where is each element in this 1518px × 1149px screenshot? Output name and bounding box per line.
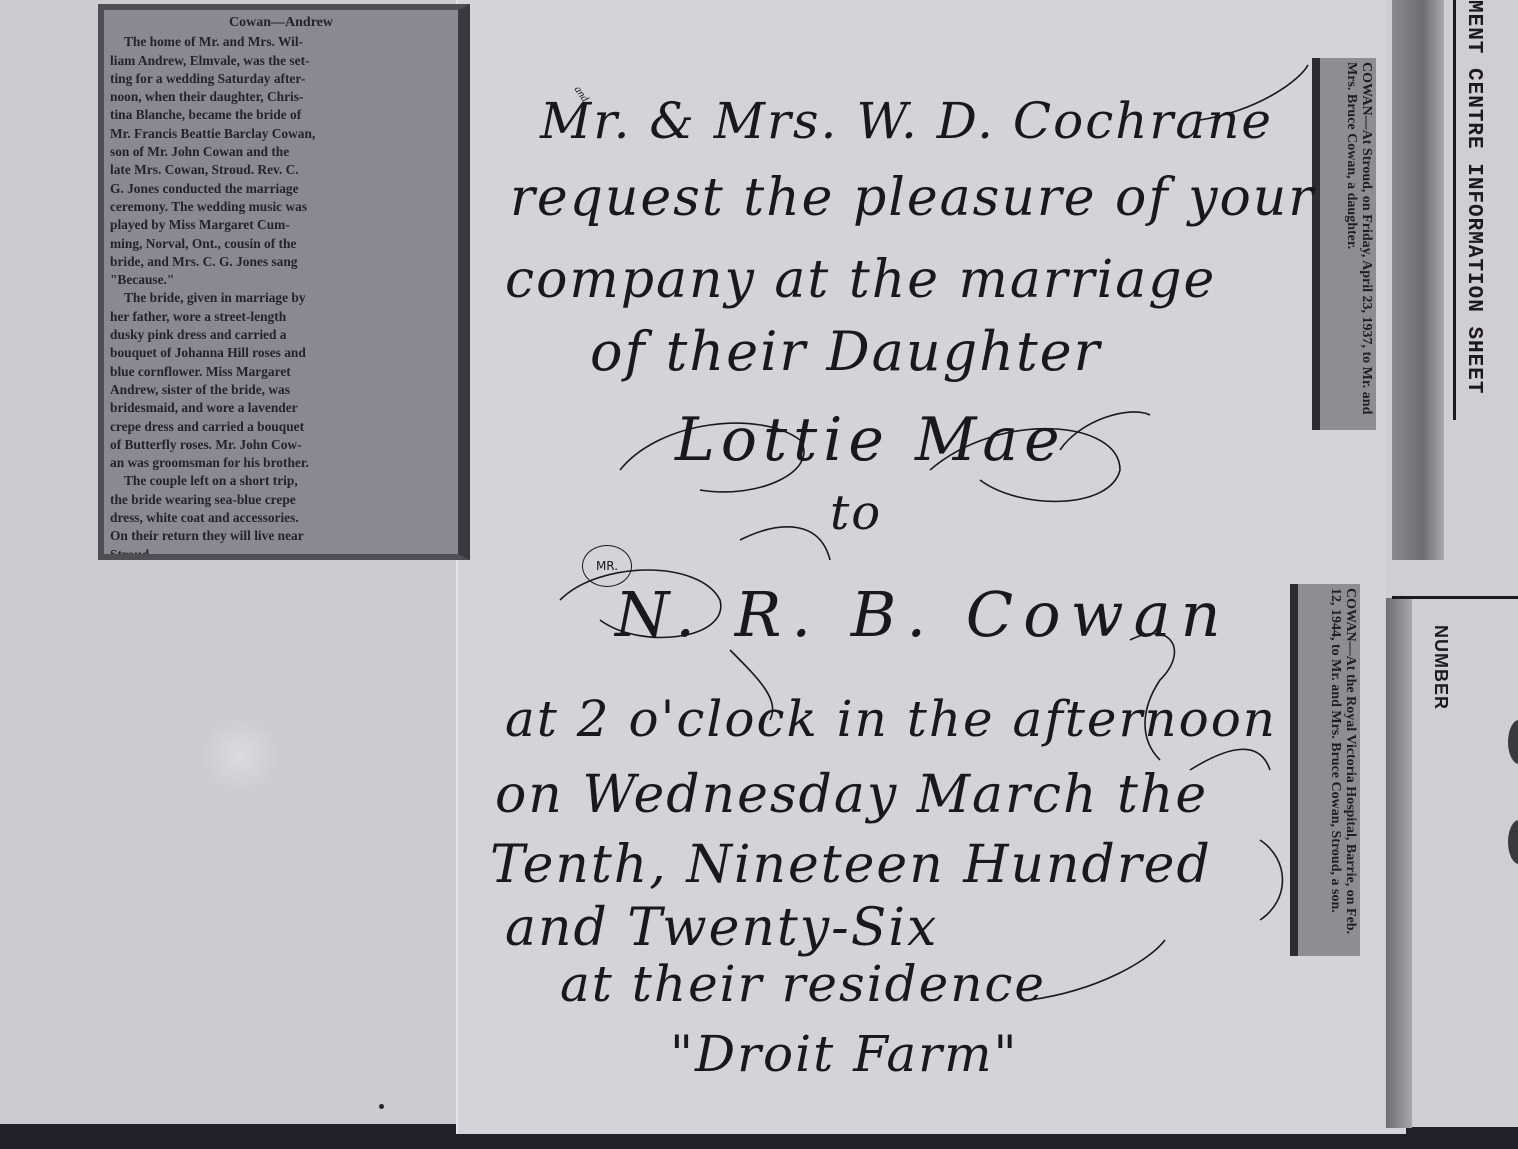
clipping-line: blue cornflower. Miss Margaret <box>110 363 452 381</box>
clipping-headline: Cowan—Andrew <box>110 14 452 32</box>
invitation-time: at 2 o'clock in the afternoon <box>505 690 1277 748</box>
clipping-line: ming, Norval, Ont., cousin of the <box>110 235 452 253</box>
invitation-line: company at the marriage <box>505 250 1216 310</box>
invitation-date: Tenth, Nineteen Hundred <box>490 835 1212 895</box>
section-divider-rule <box>1392 596 1518 599</box>
clipping-line: The home of Mr. and Mrs. Wil- <box>110 33 452 51</box>
invitation-groom-name: N. R. B. Cowan <box>615 578 1231 651</box>
wedding-news-clipping: Cowan—Andrew The home of Mr. and Mrs. Wi… <box>98 4 470 560</box>
clipping-line: crepe dress and carried a bouquet <box>110 418 452 436</box>
invitation-hosts: Mr. & Mrs. W. D. Cochrane <box>540 92 1273 150</box>
clipping-line: Stroud. <box>110 546 452 560</box>
sheet-shadow-lower <box>1386 598 1412 1128</box>
clipping-line: dress, white coat and accessories. <box>110 509 452 527</box>
clipping-line: her father, wore a street-length <box>110 308 452 326</box>
invitation-venue: at their residence <box>560 955 1046 1013</box>
clipping-line: Mr. Francis Beattie Barclay Cowan, <box>110 125 452 143</box>
clipping-line: late Mrs. Cowan, Stroud. Rev. C. <box>110 161 452 179</box>
clipping-line: an was groomsman for his brother. <box>110 454 452 472</box>
invitation-bride-name: Lottie Mae <box>675 405 1066 475</box>
invitation-line: of their Daughter <box>590 320 1101 383</box>
invitation-line: to <box>830 485 882 541</box>
sheet-shadow <box>1392 0 1444 560</box>
clipping-line: of Butterfly roses. Mr. John Cow- <box>110 436 452 454</box>
clipping-line: bridesmaid, and wore a lavender <box>110 399 452 417</box>
invitation-line: request the pleasure of your <box>510 168 1315 228</box>
title-underline-rule <box>1453 0 1456 420</box>
birth-notice-clipping-1944: COWAN—At the Royal Victoria Hospital, Ba… <box>1290 584 1360 956</box>
clipping-line: "Because." <box>110 271 452 289</box>
clipping-line: the bride wearing sea-blue crepe <box>110 491 452 509</box>
clipping-line: ceremony. The wedding music was <box>110 198 452 216</box>
clipping-line: G. Jones conducted the marriage <box>110 180 452 198</box>
clipping-line: The couple left on a short trip, <box>110 472 452 490</box>
clipping-line: noon, when their daughter, Chris- <box>110 88 452 106</box>
birth-notice-clipping-1937: COWAN—At Stroud, on Friday, April 23, 19… <box>1312 58 1376 430</box>
clipping-line: The bride, given in marriage by <box>110 289 452 307</box>
clipping-body: The home of Mr. and Mrs. Wil- liam Andre… <box>110 33 452 560</box>
ink-dot <box>379 1104 384 1109</box>
embossed-seal-mark <box>200 715 280 795</box>
invitation-year: and Twenty-Six <box>505 898 938 958</box>
clipping-line: On their return they will live near <box>110 527 452 545</box>
clipping-line: dusky pink dress and carried a <box>110 326 452 344</box>
clipping-line: liam Andrew, Elmvale, was the set- <box>110 52 452 70</box>
clipping-line: ting for a wedding Saturday after- <box>110 70 452 88</box>
number-field-label: NUMBER <box>1430 625 1451 710</box>
invitation-venue-name: "Droit Farm" <box>670 1025 1019 1083</box>
invitation-date: on Wednesday March the <box>495 765 1208 825</box>
clipping-line: bride, and Mrs. C. G. Jones sang <box>110 253 452 271</box>
clipping-line: tina Blanche, became the bride of <box>110 106 452 124</box>
info-sheet-title: MENT CENTRE INFORMATION SHEET <box>1462 0 1485 394</box>
clipping-line: son of Mr. John Cowan and the <box>110 143 452 161</box>
clipping-line: played by Miss Margaret Cum- <box>110 216 452 234</box>
clipping-line: Andrew, sister of the bride, was <box>110 381 452 399</box>
clipping-line: bouquet of Johanna Hill roses and <box>110 344 452 362</box>
